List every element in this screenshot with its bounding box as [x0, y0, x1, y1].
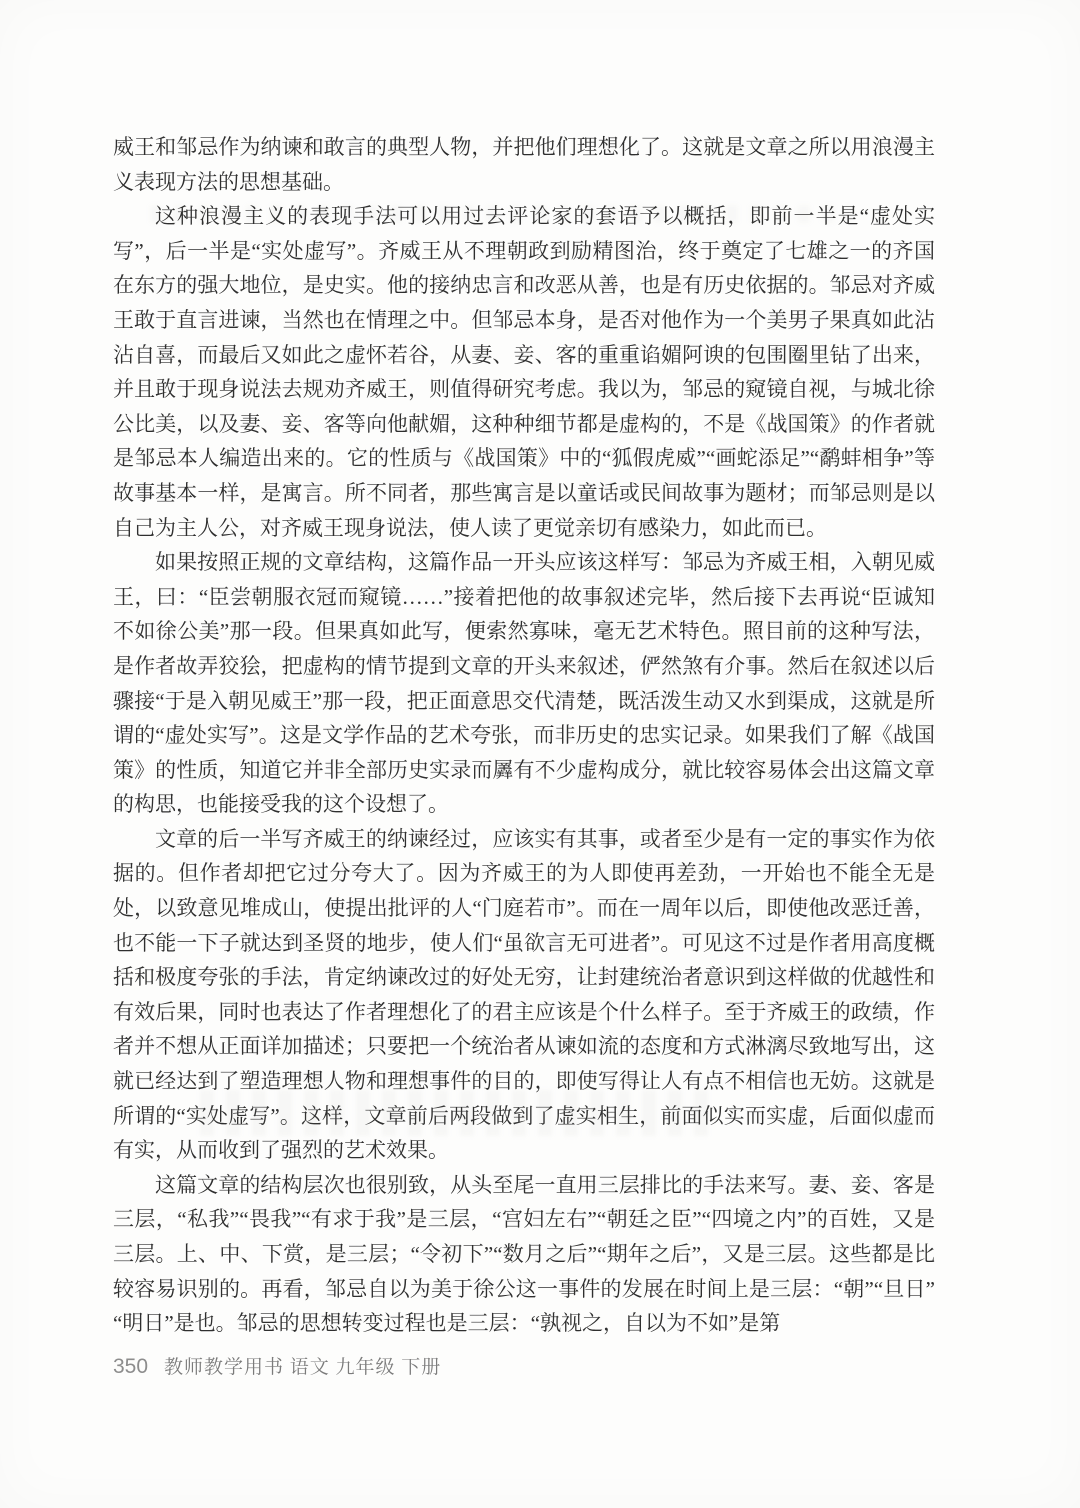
paragraph: 威王和邹忌作为纳谏和敢言的典型人物，并把他们理想化了。这就是文章之所以用浪漫主义… — [113, 130, 935, 199]
paragraph: 如果按照正规的文章结构，这篇作品一开头应该这样写：邹忌为齐威王相，入朝见威王，曰… — [113, 545, 935, 822]
article-body: 威王和邹忌作为纳谏和敢言的典型人物，并把他们理想化了。这就是文章之所以用浪漫主义… — [113, 130, 935, 1341]
paragraph: 这种浪漫主义的表现手法可以用过去评论家的套语予以概括，即前一半是“虚处实写”，后… — [113, 199, 935, 545]
scanned-book-page: 威王和邹忌作为纳谏和敢言的典型人物，并把他们理想化了。这就是文章之所以用浪漫主义… — [0, 0, 1080, 1508]
page-number: 350 — [113, 1355, 148, 1379]
book-title: 教师教学用书 语文 九年级 下册 — [164, 1352, 441, 1379]
paragraph: 这篇文章的结构层次也很别致，从头至尾一直用三层排比的手法来写。妻、妾、客是三层，… — [113, 1168, 935, 1341]
paragraph: 文章的后一半写齐威王的纳谏经过，应该实有其事，或者至少是有一定的事实作为依据的。… — [113, 822, 935, 1168]
page-footer: 350 教师教学用书 语文 九年级 下册 — [113, 1352, 441, 1379]
